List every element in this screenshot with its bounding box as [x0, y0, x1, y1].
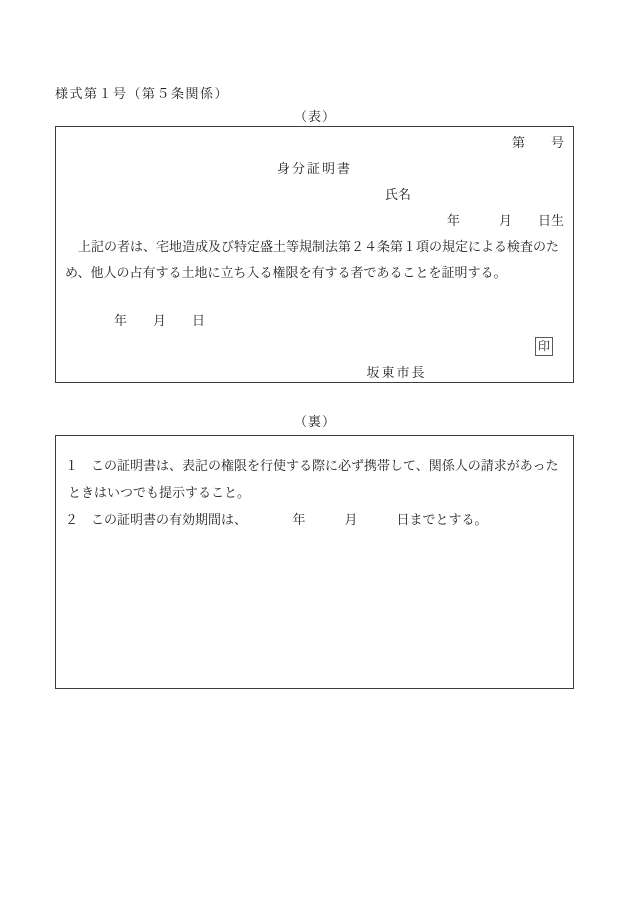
back-notes-box: １ この証明書は、表記の権限を行使する際に必ず携帯して、関係人の請求があった と…	[55, 435, 574, 689]
certificate-title: 身分証明書	[65, 156, 564, 182]
name-label: 氏名	[385, 182, 564, 208]
back-side-label: （裏）	[0, 411, 630, 430]
issuer-name-label: 坂東市長	[367, 365, 427, 380]
note-item-2: ２ この証明書の有効期間は、 年 月 日までとする。	[65, 506, 564, 533]
note-item-1-line-2: ときはいつでも提示すること。	[68, 479, 564, 506]
certificate-body-text: 上記の者は、宅地造成及び特定盛土等規制法第２４条第１項の規定による検査のため、他…	[65, 234, 564, 286]
birthdate-label: 年 月 日生	[65, 208, 564, 234]
seal-mark: 印	[535, 337, 553, 356]
form-number-label: 様式第１号（第５条関係）	[55, 83, 229, 102]
front-certificate-box: 第 号 身分証明書 氏名 年 月 日生 上記の者は、宅地造成及び特定盛土等規制法…	[55, 126, 574, 383]
document-page: 様式第１号（第５条関係） （表） 第 号 身分証明書 氏名 年 月 日生 上記の…	[0, 0, 630, 903]
note-item-1-line-1: １ この証明書は、表記の権限を行使する際に必ず携帯して、関係人の請求があった	[65, 452, 564, 479]
vertical-gap	[65, 286, 564, 308]
issue-date-label: 年 月 日	[114, 308, 564, 334]
front-side-label: （表）	[0, 106, 630, 125]
certificate-number-label: 第 号	[65, 130, 564, 156]
